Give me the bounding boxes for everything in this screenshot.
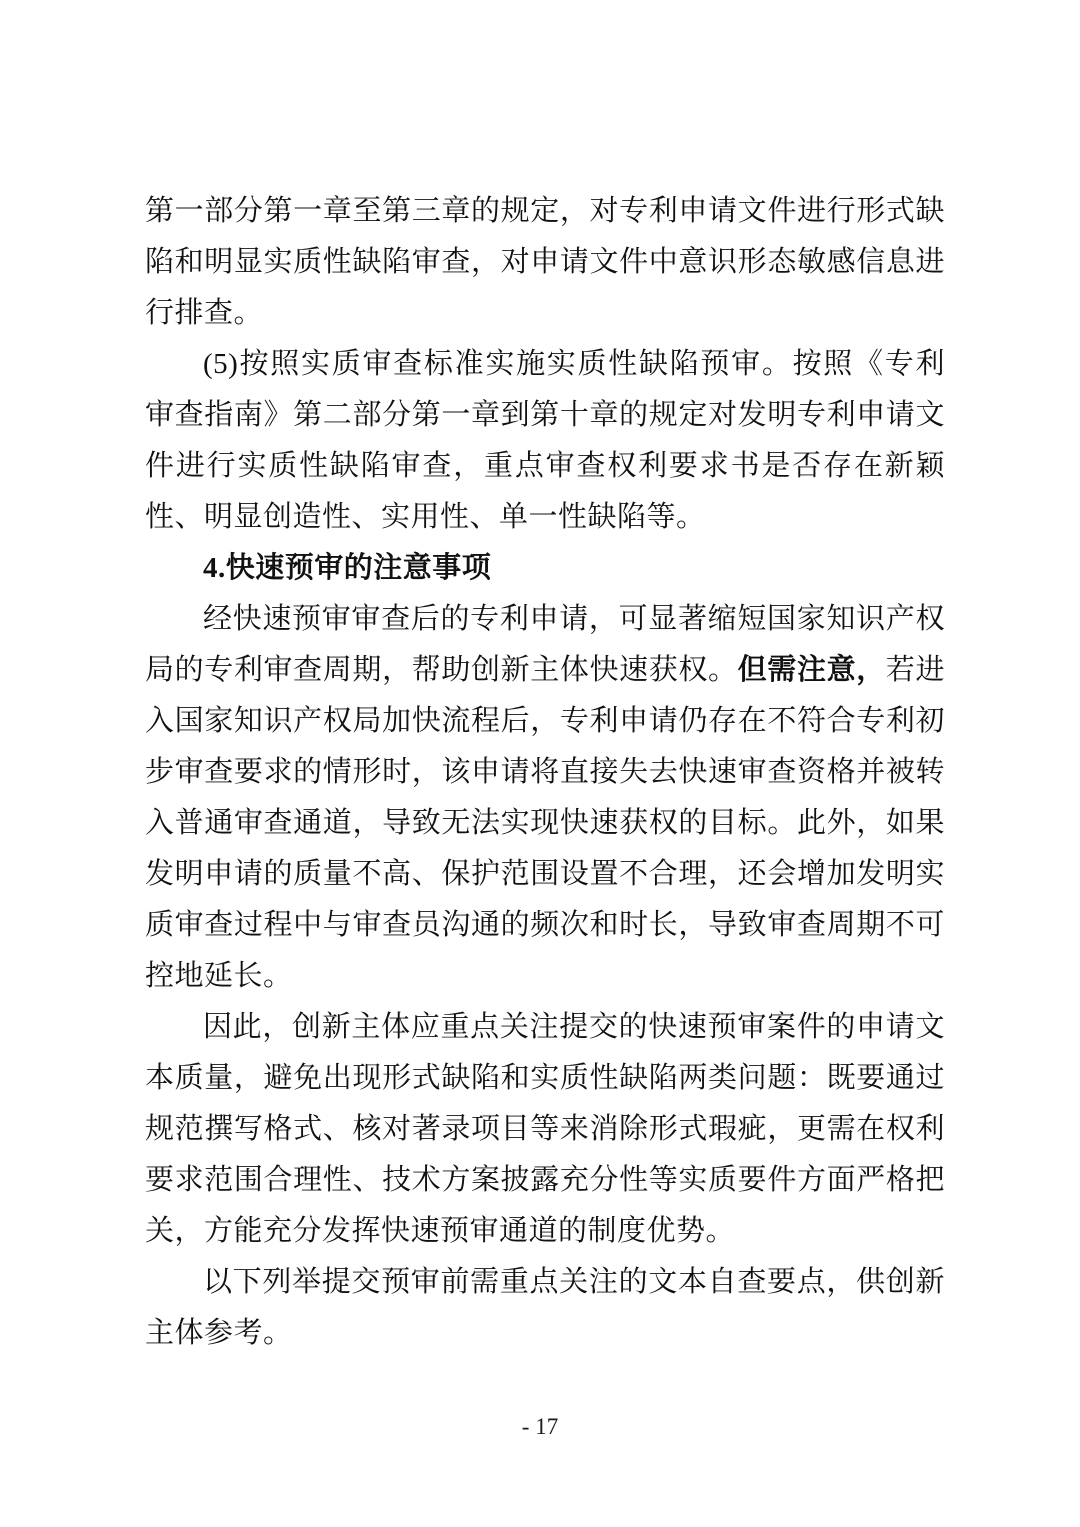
paragraph-self-check: 以下列举提交预审前需重点关注的文本自查要点，供创新主体参考。 [145, 1257, 945, 1359]
paragraph-therefore: 因此，创新主体应重点关注提交的快速预审案件的申请文本质量，避免出现形式缺陷和实质… [145, 1002, 945, 1257]
paragraph-item-5: (5)按照实质审查标准实施实质性缺陷预审。按照《专利审查指南》第二部分第一章到第… [145, 339, 945, 543]
page-number: - 17 [522, 1414, 558, 1439]
document-page: 第一部分第一章至第三章的规定，对专利申请文件进行形式缺陷和明显实质性缺陷审查，对… [0, 0, 1080, 1527]
page-footer: - 17 [0, 1412, 1080, 1442]
paragraph-notice: 经快速预审审查后的专利申请，可显著缩短国家知识产权局的专利审查周期，帮助创新主体… [145, 594, 945, 1002]
section-heading: 4.快速预审的注意事项 [145, 543, 945, 594]
emphasis-bold-text: 但需注意， [738, 654, 886, 686]
paragraph-notice-post: 若进入国家知识产权局加快流程后，专利申请仍存在不符合专利初步审查要求的情形时，该… [145, 654, 945, 992]
page-body: 第一部分第一章至第三章的规定，对专利申请文件进行形式缺陷和明显实质性缺陷审查，对… [145, 186, 945, 1359]
paragraph-intro-continued: 第一部分第一章至第三章的规定，对专利申请文件进行形式缺陷和明显实质性缺陷审查，对… [145, 186, 945, 339]
